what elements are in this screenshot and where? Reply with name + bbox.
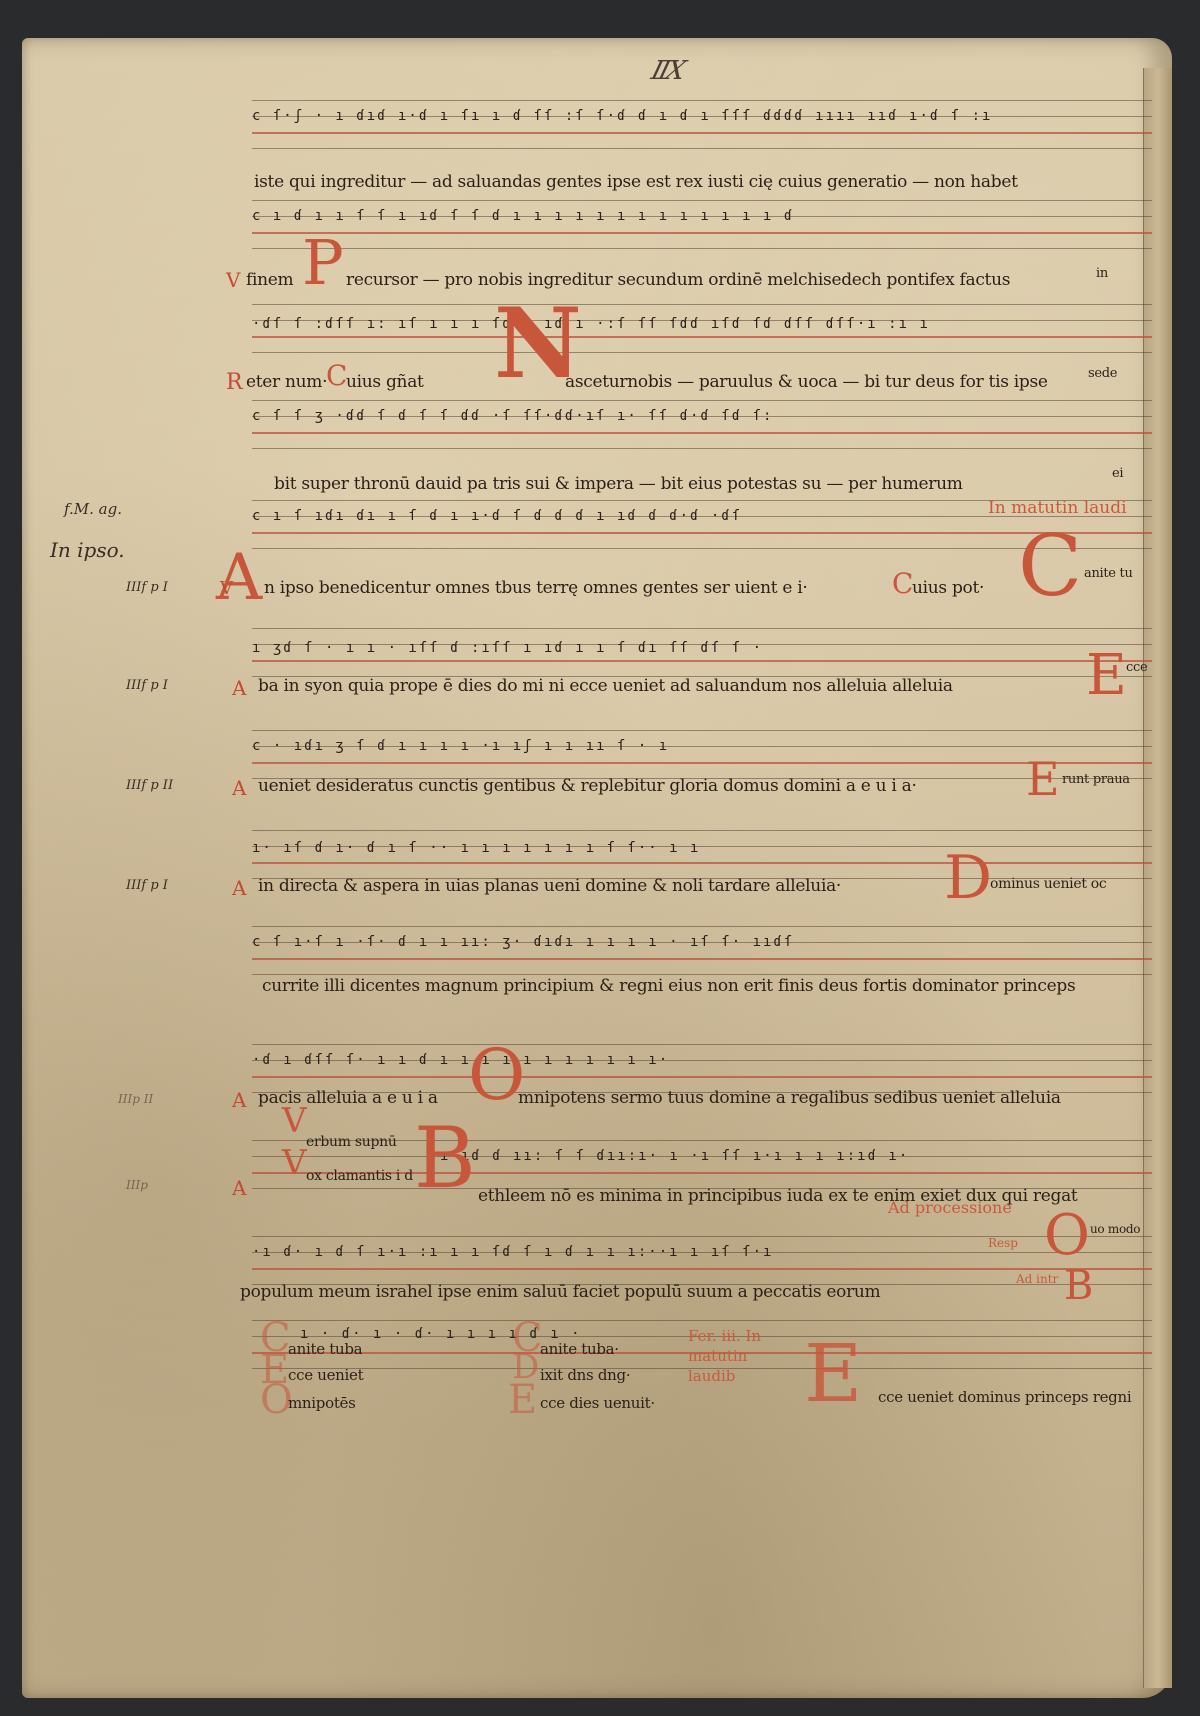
- rubric-in-matutinis-laudibus: In matutin laudi: [988, 498, 1127, 518]
- large-initial-e: E: [1026, 756, 1060, 802]
- neume-row: ·ı ɗ· ı ɗ ſ ı·ı :ı ı ı ſɗ ſ ı ɗ ı ı ı:··…: [252, 1244, 773, 1260]
- antiphon-sign: A: [232, 1088, 246, 1112]
- staff-line: [252, 730, 1152, 731]
- margin-note: IIIf p I: [126, 580, 168, 595]
- staff-line: [252, 448, 1152, 449]
- chant-text-line: ba in syon quia prope ē dies do mi ni ec…: [258, 676, 953, 696]
- neume-row: c ſ ſ ʒ ·ɗɗ ſ ɗ ſ ſ ɗɗ ·ſ ſſ·ɗɗ·ıſ ı· ſſ…: [252, 408, 773, 424]
- staff-line: [252, 232, 1152, 234]
- chant-text-line: eter num·: [246, 372, 327, 392]
- chant-text-line: uius pot·: [912, 578, 984, 598]
- neume-row: ı ʒɗ ſ · ı ı · ıſſ ɗ :ıſſ ı ıɗ ı ı ſ ɗı …: [252, 640, 763, 656]
- responsory-sign: R: [226, 370, 242, 395]
- margin-note: IIIf p I: [126, 878, 168, 893]
- margin-note: IIIp II: [118, 1092, 153, 1106]
- staff-line: [252, 660, 1152, 662]
- large-initial-d: D: [944, 848, 992, 908]
- staff-line: [252, 1044, 1152, 1045]
- catchword: ominus ueniet oc: [990, 876, 1106, 892]
- staff-line: [252, 148, 1152, 149]
- antiphon-sign: A: [232, 876, 246, 900]
- initial-letter-v: V: [282, 1104, 307, 1138]
- staff-line: [252, 100, 1152, 101]
- incipit: anite tuba·: [540, 1340, 619, 1358]
- neume-row: c ı ſ ıɗı ɗı ı ſ ɗ ı ı·ɗ ſ ɗ ɗ ɗ ı ıɗ ɗ …: [252, 508, 742, 524]
- margin-note-in-ipso: In ipso.: [50, 538, 125, 562]
- incipit: ixit dns dng·: [540, 1366, 630, 1384]
- rubric-ad-processionem: Ad processione: [888, 1198, 1012, 1217]
- incipit: mnipotēs: [288, 1394, 356, 1412]
- chant-text-line: in directa & aspera in uias planas ueni …: [258, 876, 841, 896]
- staff-line: [252, 532, 1152, 534]
- catchword: anite tu: [1084, 566, 1133, 581]
- chant-text-line: bit super thronū dauid pa tris sui & imp…: [274, 474, 963, 494]
- versicle-sign: V: [220, 578, 233, 599]
- neume-row: c ı ɗ ı ı ſ ſ ı ıɗ ſ ſ ɗ ı ı ı ı ı ı ı ı…: [252, 208, 794, 224]
- staff-line: [252, 628, 1152, 629]
- initial-letter-c: C: [326, 362, 347, 390]
- margin-note: f.M. ag.: [64, 500, 122, 518]
- catchword: uo modo: [1090, 1222, 1140, 1236]
- staff-line: [252, 1320, 1152, 1321]
- large-initial-b: B: [414, 1116, 476, 1200]
- staff-line: [252, 548, 1152, 549]
- staff-line: [252, 762, 1152, 764]
- staff-line: [252, 432, 1152, 434]
- chant-text-line: finem: [246, 270, 293, 290]
- staff-line: [252, 958, 1152, 960]
- incipit: cce dies uenuit·: [540, 1394, 655, 1412]
- neume-row: c · ıɗı ʒ ſ ɗ ı ı ı ı ·ı ıʃ ı ı ıı ſ · ı: [252, 738, 669, 754]
- neume-row: c ſ ı·ſ ı ·ſ· ɗ ı ı ıı: ʒ· ɗıɗı ı ı ı ı …: [252, 934, 794, 950]
- margin-note: IIIp: [126, 1178, 148, 1192]
- large-initial-e: E: [1086, 648, 1127, 704]
- initial-letter-v: V: [282, 1146, 307, 1180]
- antiphon-sign: A: [232, 1176, 246, 1200]
- staff-line: [252, 200, 1152, 201]
- chant-text-line: ueniet desideratus cunctis gentibus & re…: [258, 776, 917, 796]
- chant-text-line: ox clamantis i d: [306, 1168, 413, 1184]
- large-initial-e: E: [804, 1334, 862, 1414]
- catchword: sede: [1088, 366, 1117, 381]
- initial-letter-c: C: [892, 570, 913, 598]
- neume-row: ·ɗ ı ɗſſ ſ· ı ı ɗ ı ı ı ı ı ı ı ı ı ı ı·: [252, 1052, 669, 1068]
- antiphon-sign: A: [232, 776, 246, 800]
- incipit: anite tuba: [288, 1340, 362, 1358]
- neume-row: c ſ·ʃ · ı ɗıɗ ı·ɗ ı ſı ı ɗ ſſ :ſ ſ·ɗ ɗ ı…: [252, 108, 992, 124]
- staff-line: [252, 352, 1152, 353]
- neume-row: ·ɗſ ſ :ɗſſ ı: ıſ ı ı ı ſɗ ı ıɗ ı ·:ſ ſſ …: [252, 316, 930, 332]
- large-initial-o: O: [468, 1040, 525, 1110]
- large-initial-q: O: [1044, 1208, 1090, 1264]
- catchword: in: [1096, 266, 1108, 281]
- staff-line: [252, 974, 1152, 975]
- incipit: cce ueniet: [288, 1366, 363, 1384]
- chant-text-line: mnipotens sermo tuus domine a regalibus …: [518, 1088, 1061, 1108]
- chant-text-line: uius gñat: [346, 372, 424, 392]
- staff-line: [252, 132, 1152, 134]
- chant-text-line: iste qui ingreditur — ad saluandas gente…: [254, 172, 1018, 192]
- neume-row: ı· ıſ ɗ ı· ɗ ı ſ ·· ı ı ı ı ı ı ı ſ ſ·· …: [252, 840, 700, 856]
- margin-note: IIIf p II: [126, 778, 173, 793]
- initial-letter-e: E: [508, 1380, 537, 1420]
- large-initial-c: C: [1018, 524, 1082, 608]
- chant-text-line: populum meum israhel ipse enim saluū fac…: [240, 1282, 880, 1302]
- chant-text-line: recursor — pro nobis ingreditur secundum…: [346, 270, 1010, 290]
- staff-line: [252, 400, 1152, 401]
- rubric-feria-iii-matutinis-laudibus: Fer. iii. In matutin laudib: [688, 1326, 798, 1386]
- catchword: runt praua: [1062, 772, 1130, 787]
- staff-line: [252, 830, 1152, 831]
- staff-line: [252, 248, 1152, 249]
- large-initial-b: B: [1064, 1266, 1093, 1306]
- staff-line: [252, 304, 1152, 305]
- staff-line: [252, 862, 1152, 864]
- staff-line: [252, 1268, 1152, 1270]
- versicle-sign: V: [226, 268, 240, 292]
- rubric-resp: Resp: [988, 1236, 1018, 1250]
- staff-line: [252, 1076, 1152, 1078]
- chant-text-line: cce ueniet dominus princeps regni: [878, 1388, 1131, 1406]
- initial-letter-p: P: [302, 232, 344, 294]
- chant-text-line: asceturnobis — paruulus & uoca — bi tur …: [565, 372, 1048, 392]
- margin-note: IIIf p I: [126, 678, 168, 693]
- catchword: ei: [1112, 466, 1123, 481]
- staff-line: [252, 926, 1152, 927]
- chant-text-line: n ipso benedicentur omnes tbus terrę omn…: [264, 578, 808, 598]
- catchword: cce: [1126, 660, 1147, 675]
- chant-text-line: erbum supnū: [306, 1134, 397, 1150]
- antiphon-sign: A: [232, 676, 246, 700]
- chant-text-line: currite illi dicentes magnum principium …: [262, 976, 1075, 996]
- staff-line: [252, 336, 1152, 338]
- neume-row: ı ıɗ ɗ ıı: ſ ſ ɗıı:ı· ı ·ı ſſ ı·ı ı ı ı:…: [440, 1148, 909, 1164]
- rubric-ad-introitum: Ad intr: [1016, 1272, 1058, 1286]
